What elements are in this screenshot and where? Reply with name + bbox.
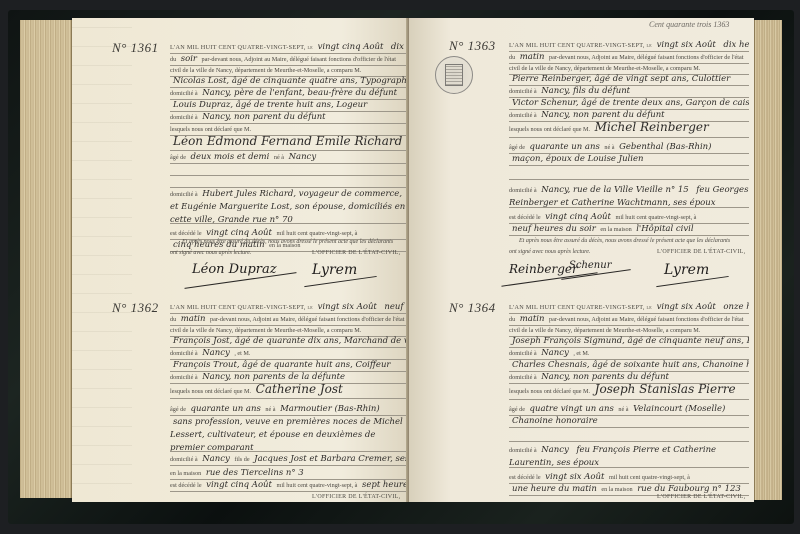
record-line-description: sans profession, veuve en premières noce… bbox=[170, 416, 409, 452]
record-line-declarant1-domicile: domicilié à Nancy , et M. bbox=[509, 348, 749, 360]
record-line-deceased-name: lesquels nous ont déclaré que M. Michel … bbox=[509, 122, 749, 138]
closing-statement: Et après nous être assuré du décès, nous… bbox=[519, 238, 730, 244]
record-line-death-hour: neuf heures du soir en la maison l'Hôpit… bbox=[509, 224, 749, 236]
record-line-declarant2: Louis Dupraz, âgé de trente huit ans, Lo… bbox=[170, 100, 409, 112]
record-line-declarant2-domicile: domicilié à Nancy, non parent du défunt bbox=[509, 110, 749, 122]
record-line-description: maçon, époux de Louise Julien bbox=[509, 154, 749, 166]
signature-witness: Schenur bbox=[569, 260, 611, 271]
officer-label: L'OFFICIER DE L'ÉTAT-CIVIL, bbox=[657, 249, 745, 255]
record-line-declarant2-domicile: domicilié à Nancy, non parent du défunt bbox=[170, 112, 409, 124]
record-line-death-date: est décédé le vingt six Août mil huit ce… bbox=[509, 472, 749, 484]
death-record-1361: N° 1361 L'AN MIL HUIT CENT QUATRE-VINGT-… bbox=[72, 18, 409, 268]
signature-officer: Lyrem bbox=[312, 262, 357, 278]
officer-label: L'OFFICIER DE L'ÉTAT-CIVIL, bbox=[657, 494, 745, 500]
page-edges-right bbox=[754, 20, 782, 500]
record-number: N° 1363 bbox=[449, 38, 496, 54]
record-line-declarant2-domicile: domicilié à Nancy, non parents de la déf… bbox=[170, 372, 409, 384]
record-line-age: âgé de quarante un ans né à Gebenthal (B… bbox=[509, 142, 749, 154]
record-number: N° 1362 bbox=[112, 300, 159, 316]
record-line-blank bbox=[509, 430, 749, 442]
record-number: N° 1364 bbox=[449, 300, 496, 316]
death-record-1364: N° 1364 L'AN MIL HUIT CENT QUATRE-VINGT-… bbox=[409, 280, 754, 502]
record-line-declarant1-domicile: domicilié à Nancy , et M. bbox=[170, 348, 409, 360]
record-line-age: âgé de deux mois et demi né à Nancy bbox=[170, 152, 409, 164]
record-line-declarant1: François Jost, âgé de quarante dix ans, … bbox=[170, 336, 409, 348]
record-line-deceased-name: Léon Edmond Fernand Émile Richard bbox=[170, 136, 409, 151]
record-line-domicile: domicilié à Nancy feu François Pierre et… bbox=[509, 444, 749, 468]
officer-label: L'OFFICIER DE L'ÉTAT-CIVIL, bbox=[312, 250, 400, 256]
record-line-deceased-name: lesquels nous ont déclaré que M. Joseph … bbox=[509, 384, 749, 400]
record-line-date: L'AN MIL HUIT CENT QUATRE-VINGT-SEPT, le… bbox=[509, 302, 749, 314]
record-line-declarant1: Pierre Reinberger, âgé de vingt sept ans… bbox=[509, 74, 749, 86]
record-line-blank bbox=[170, 164, 409, 176]
record-line-blank bbox=[509, 168, 749, 180]
record-line-declarant2: Victor Schenur, âgé de trente deux ans, … bbox=[509, 98, 749, 110]
record-line-declarant2-domicile: domicilié à Nancy, non parents du défunt bbox=[509, 372, 749, 384]
officer-label: L'OFFICIER DE L'ÉTAT-CIVIL, bbox=[312, 494, 400, 500]
record-line-age: âgé de quarante un ans né à Marmoutier (… bbox=[170, 404, 409, 416]
record-line-domicile: domicilié à Nancy, rue de la Ville Vieil… bbox=[509, 184, 749, 208]
record-line-declarant2: Charles Chesnais, âgé de soixante huit a… bbox=[509, 360, 749, 372]
closing-statement: Et après nous être assuré du décès, nous… bbox=[182, 239, 393, 245]
record-number: N° 1361 bbox=[112, 40, 159, 56]
record-line-domicile: domicilié à Nancy fils de Jacques Jost e… bbox=[170, 454, 409, 466]
record-line-declarant1-domicile: domicilié à Nancy, fils du défunt bbox=[509, 86, 749, 98]
death-record-1363: N° 1363 L'AN MIL HUIT CENT QUATRE-VINGT-… bbox=[409, 18, 754, 268]
signature-declarant: Léon Dupraz bbox=[192, 262, 277, 277]
record-line-declarant1-domicile: domicilié à Nancy, père de l'enfant, bea… bbox=[170, 88, 409, 100]
signature-officer: Lyrem bbox=[664, 262, 709, 278]
right-page: Cent quarante trois 1363 N° 1363 L'AN MI… bbox=[409, 18, 754, 502]
record-1362-death-place: en la maison rue des Tiercelins n° 3 bbox=[170, 468, 409, 480]
record-line-death-date: est décédé le vingt cinq Août mil huit c… bbox=[509, 212, 749, 224]
record-line-deceased-name: lesquels nous ont déclaré que M. Catheri… bbox=[170, 384, 409, 399]
record-line-parents: domicilié à Hubert Jules Richard, voyage… bbox=[170, 188, 409, 224]
record-line-blank bbox=[170, 176, 409, 188]
page-edges-left bbox=[20, 20, 72, 498]
closing-statement-2: ont signé avec nous après lecture. bbox=[509, 249, 590, 255]
record-line-declarant1: Joseph François Sigmund, âgé de cinquant… bbox=[509, 336, 749, 348]
record-line-date: L'AN MIL HUIT CENT QUATRE-VINGT-SEPT, le… bbox=[170, 302, 409, 314]
record-1362-death-date: est décédé le vingt cinq Août mil huit c… bbox=[170, 480, 409, 492]
signature-declarant: Reinberger bbox=[509, 262, 578, 276]
record-line-date: L'AN MIL HUIT CENT QUATRE-VINGT-SEPT, le… bbox=[170, 42, 409, 54]
record-line-description: Chanoine honoraire bbox=[509, 416, 749, 428]
closing-statement-2: ont signé avec nous après lecture. bbox=[170, 250, 251, 256]
record-line-lesquels: lesquels nous ont déclaré que M. bbox=[170, 124, 409, 136]
left-page: N° 1361 L'AN MIL HUIT CENT QUATRE-VINGT-… bbox=[72, 18, 409, 502]
record-line-declarant1: Nicolas Lost, âgé de cinquante quatre an… bbox=[170, 76, 409, 88]
record-line-declarant2: François Trout, âgé de quarante huit ans… bbox=[170, 360, 409, 372]
record-line-age: âgé de quatre vingt un ans né à Velainco… bbox=[509, 404, 749, 416]
record-line-date: L'AN MIL HUIT CENT QUATRE-VINGT-SEPT, le… bbox=[509, 40, 749, 52]
